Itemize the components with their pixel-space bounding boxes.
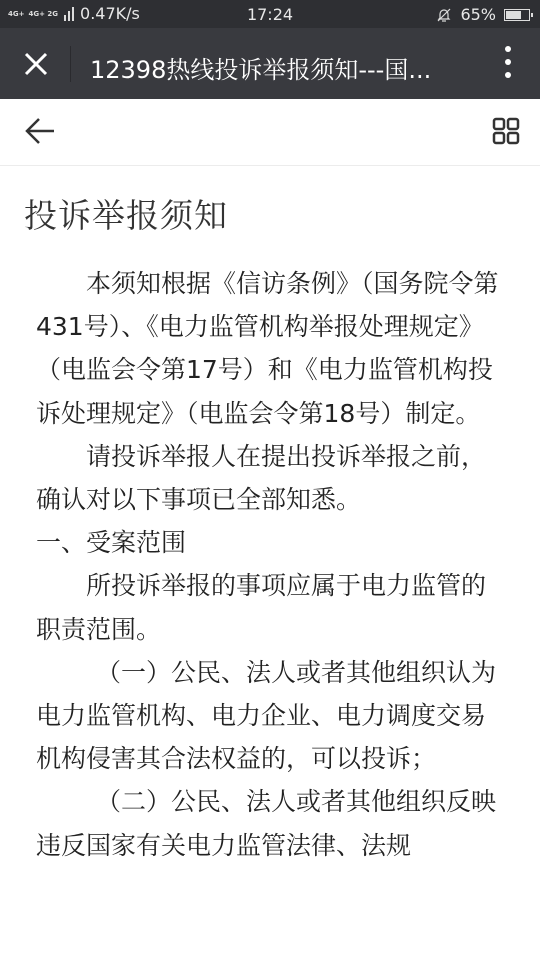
battery-icon xyxy=(504,9,530,21)
article-heading: 投诉举报须知 xyxy=(24,190,228,237)
battery-percent: 65% xyxy=(460,5,496,24)
page-title: 12398热线投诉举报须知---国... xyxy=(90,50,431,85)
paragraph: 本须知根据《信访条例》（国务院令第431号）、《电力监管机构举报处理规定》（电监… xyxy=(36,262,506,435)
section-heading: 一、受案范围 xyxy=(36,521,506,564)
close-icon[interactable] xyxy=(20,48,52,80)
more-vertical-icon[interactable] xyxy=(504,46,512,82)
nav-bar xyxy=(0,99,540,166)
article-body: 本须知根据《信访条例》（国务院令第431号）、《电力监管机构举报处理规定》（电监… xyxy=(36,262,506,867)
paragraph: （二）公民、法人或者其他组织反映违反国家有关电力监管法律、法规 xyxy=(36,780,506,866)
arrow-left-icon[interactable] xyxy=(24,115,56,147)
bell-off-icon xyxy=(436,7,452,23)
status-bar: 4G+ 4G+ 2G 0.47K/s 17:24 65% xyxy=(0,0,540,28)
paragraph: 请投诉举报人在提出投诉举报之前，确认对以下事项已全部知悉。 xyxy=(36,435,506,521)
paragraph: 所投诉举报的事项应属于电力监管的职责范围。 xyxy=(36,564,506,650)
title-divider xyxy=(70,46,71,82)
grid-icon[interactable] xyxy=(492,117,520,145)
title-bar: 12398热线投诉举报须知---国... xyxy=(0,28,540,99)
paragraph: （一）公民、法人或者其他组织认为电力监管机构、电力企业、电力调度交易机构侵害其合… xyxy=(36,651,506,781)
